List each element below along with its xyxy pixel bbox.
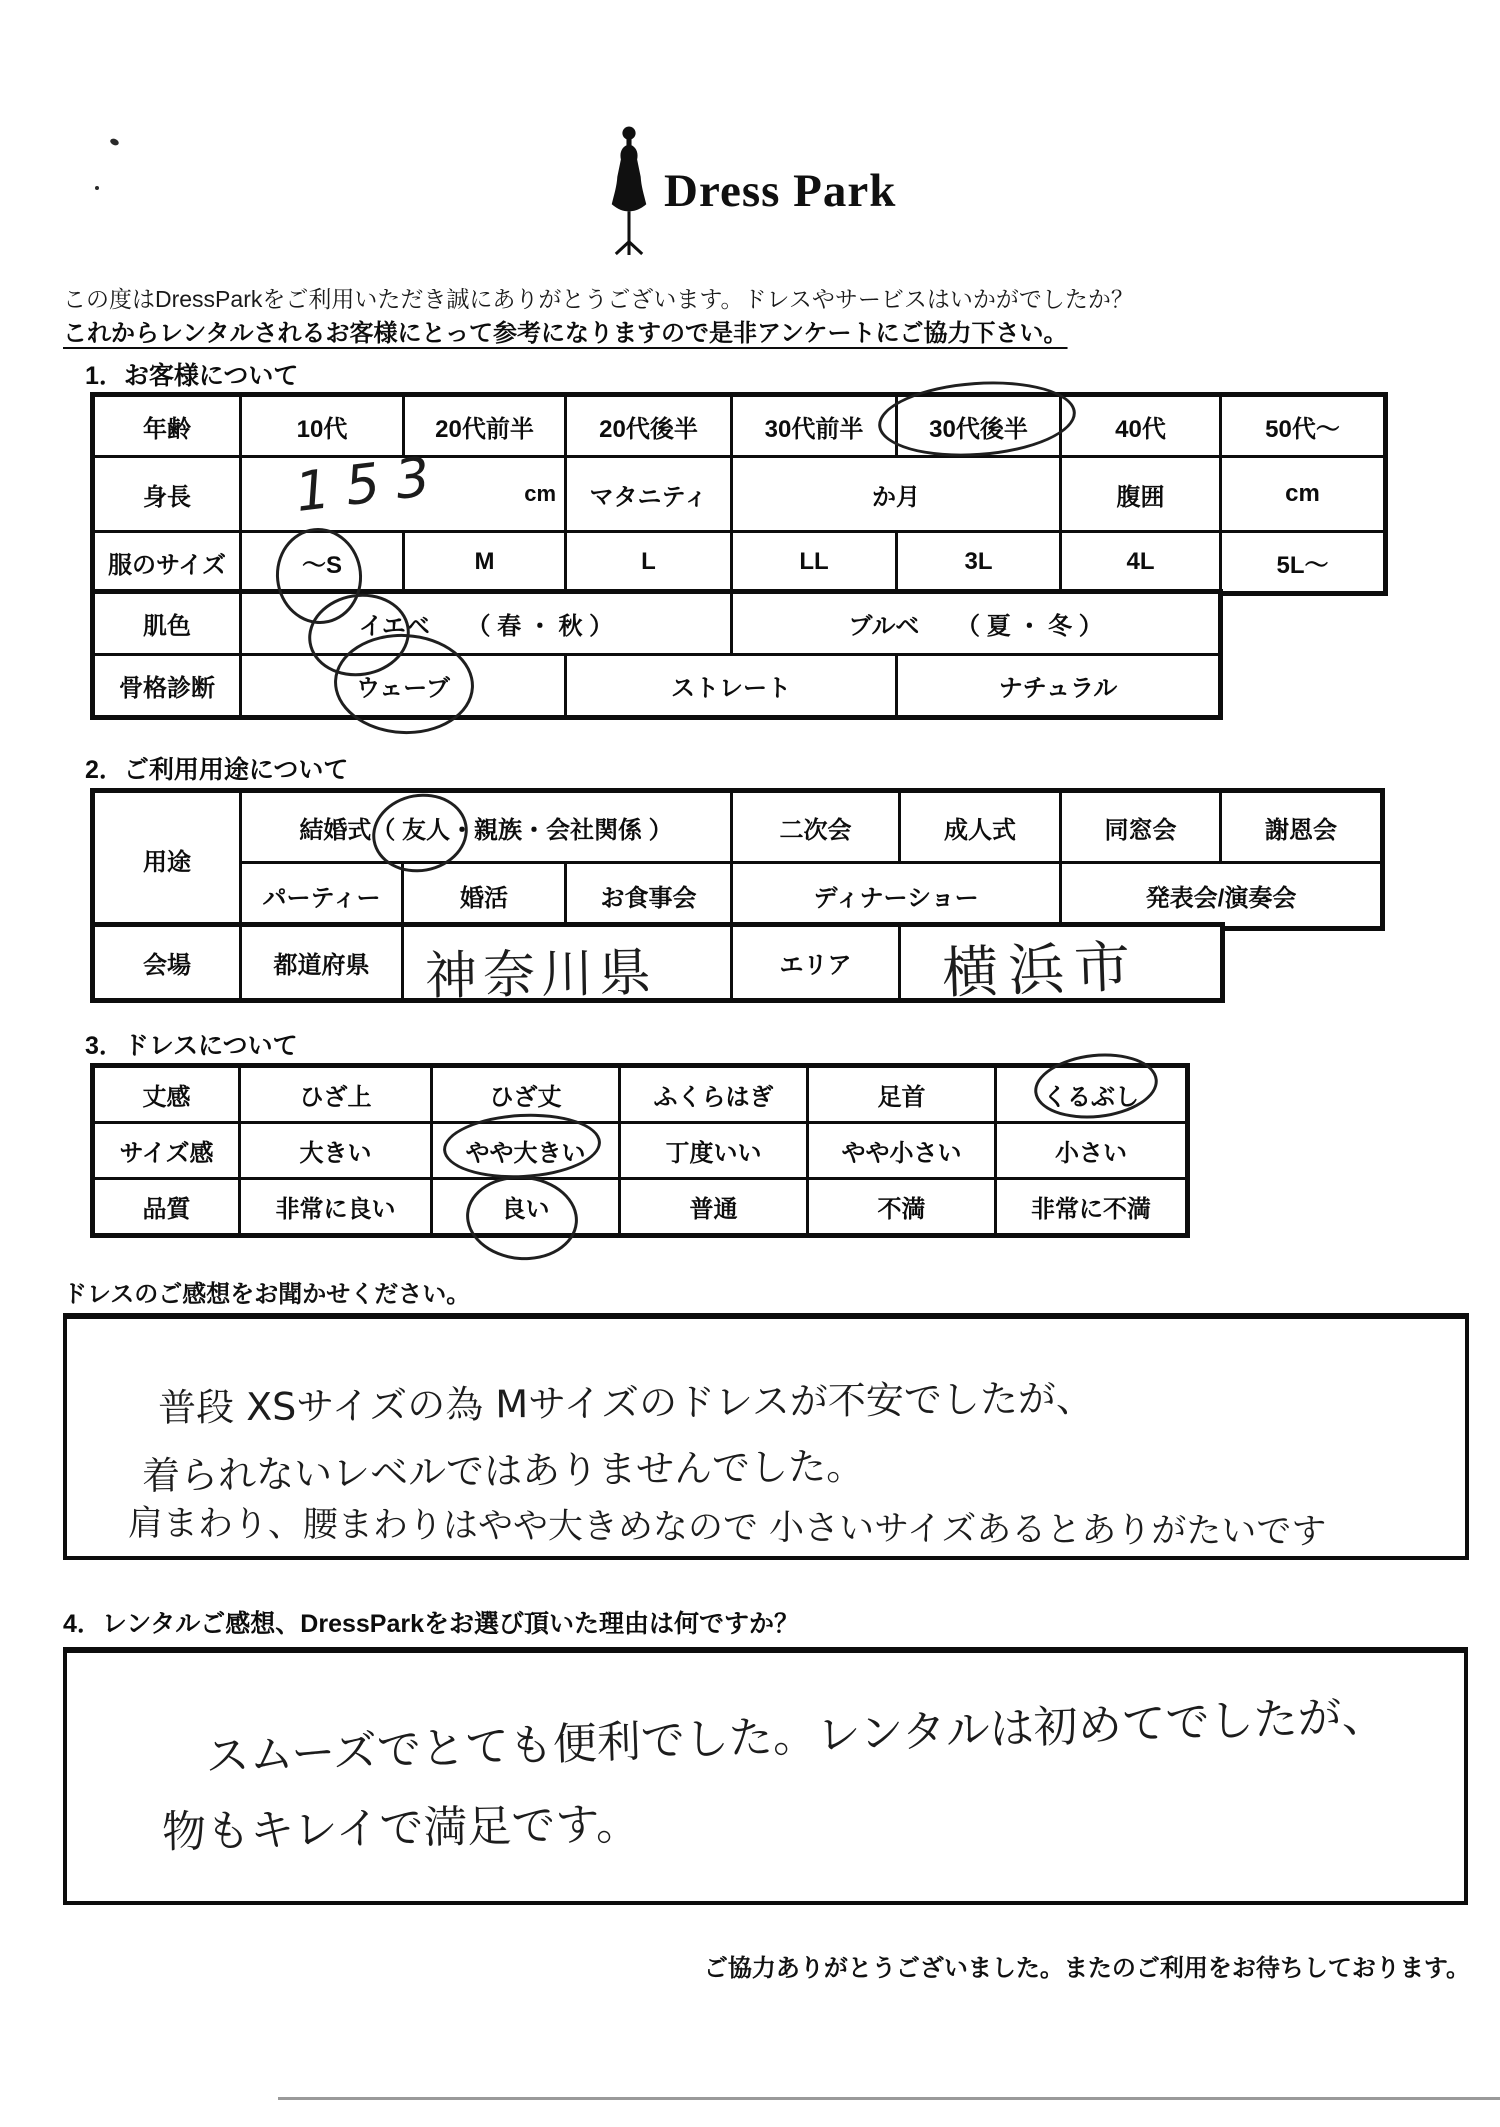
length-option: 足首 bbox=[808, 1066, 996, 1123]
fit-option: やや小さい bbox=[808, 1123, 996, 1179]
handwritten-dress-feedback-line: 着られないレベルではありませんでした。 bbox=[142, 1435, 865, 1500]
quality-label: 品質 bbox=[93, 1179, 240, 1236]
dress-mannequin-icon bbox=[608, 126, 650, 256]
height-unit: cm bbox=[524, 481, 556, 507]
section1-title: 1．お客様について bbox=[85, 356, 298, 392]
section4-title: 4．レンタルご感想、DressParkをお選び頂いた理由は何ですか？ bbox=[63, 1604, 799, 1640]
dress-feedback-prompt: ドレスのご感想をお聞かせください。 bbox=[63, 1274, 470, 1309]
skin-option-blue-seasons: （ 夏 ・ 冬 ） bbox=[956, 613, 1103, 640]
skin-option-blue: ブルベ （ 夏 ・ 冬 ） bbox=[732, 592, 1221, 655]
handwritten-dress-feedback-line: 肩まわり、腰まわりはやや大きめなので 小さいサイズあるとありがたいです bbox=[128, 1496, 1327, 1554]
scan-speck bbox=[109, 137, 120, 146]
size-option: 3L bbox=[897, 532, 1061, 594]
area-label: エリア bbox=[732, 925, 900, 1001]
skin-option-blue-name: ブルベ bbox=[848, 613, 919, 640]
brand-name: Dress Park bbox=[664, 164, 896, 218]
size-option: L bbox=[566, 532, 732, 594]
fit-option: 丁度いい bbox=[620, 1123, 808, 1179]
fit-label: サイズ感 bbox=[93, 1123, 240, 1179]
age-option: 10代 bbox=[241, 395, 404, 457]
handwritten-dress-feedback-line: 普段 XSサイズの為 Mサイズのドレスが不安でしたが、 bbox=[158, 1367, 1094, 1432]
brand-logo: Dress Park bbox=[608, 126, 896, 256]
purpose-option: 婚活 bbox=[403, 863, 566, 929]
usage-table-top: 用途 結婚式（ 友人・親族・会社関係 ） 二次会 成人式 同窓会 謝恩会 パーテ… bbox=[90, 788, 1385, 931]
handwritten-prefecture: 神奈川県 bbox=[424, 930, 657, 1009]
purpose-option: 二次会 bbox=[732, 791, 900, 863]
dress-size-label: 服のサイズ bbox=[93, 532, 241, 594]
quality-option: 不満 bbox=[808, 1179, 996, 1236]
section2-title: 2．ご利用用途について bbox=[85, 750, 348, 786]
purpose-option: 謝恩会 bbox=[1221, 791, 1383, 863]
prefecture-label: 都道府県 bbox=[241, 925, 403, 1001]
purpose-option: お食事会 bbox=[566, 863, 732, 929]
customer-table-bottom: 肌色 イエベ （ 春 ・ 秋 ） ブルベ （ 夏 ・ 冬 ） 骨格診断 ウェーブ… bbox=[90, 589, 1223, 720]
length-option: ひざ上 bbox=[240, 1066, 432, 1123]
waist-unit-cell: cm bbox=[1221, 457, 1386, 532]
handwritten-rental-feedback-line: 物もキレイで満足です。 bbox=[161, 1788, 640, 1860]
maternity-months-cell: か月 bbox=[732, 457, 1061, 532]
intro-line-2: これからレンタルされるお客様にとって参考になりますので是非アンケートにご協力下さ… bbox=[63, 313, 1068, 348]
age-option: 50代～ bbox=[1221, 395, 1386, 457]
venue-label: 会場 bbox=[93, 925, 241, 1001]
purpose-option: 発表会/演奏会 bbox=[1061, 863, 1383, 929]
waist-label: 腹囲 bbox=[1061, 457, 1221, 532]
size-option: 4L bbox=[1061, 532, 1221, 594]
skin-option-yellow-seasons: （ 春 ・ 秋 ） bbox=[467, 613, 614, 640]
quality-option: 普通 bbox=[620, 1179, 808, 1236]
height-label: 身長 bbox=[93, 457, 241, 532]
size-option: M bbox=[404, 532, 566, 594]
age-option: 20代後半 bbox=[566, 395, 732, 457]
wedding-rest: ・親族・会社関係 ） bbox=[450, 817, 673, 844]
scanned-survey-sheet: Dress Park この度はDressParkをご利用いただき誠にありがとうご… bbox=[0, 0, 1500, 2127]
maternity-label: マタニティ bbox=[566, 457, 732, 532]
skin-tone-label: 肌色 bbox=[93, 592, 241, 655]
dress-table: 丈感 ひざ上 ひざ丈 ふくらはぎ 足首 くるぶし サイズ感 大きい やや大きい … bbox=[90, 1063, 1190, 1238]
scan-speck bbox=[95, 186, 99, 190]
age-option: 40代 bbox=[1061, 395, 1221, 457]
length-label: 丈感 bbox=[93, 1066, 240, 1123]
closing-thanks: ご協力ありがとうございました。またのご利用をお待ちしております。 bbox=[704, 1948, 1470, 1983]
purpose-option: ディナーショー bbox=[732, 863, 1061, 929]
intro-line-1: この度はDressParkをご利用いただき誠にありがとうございます。ドレスやサー… bbox=[63, 281, 1134, 314]
purpose-option-wedding: 結婚式（ 友人・親族・会社関係 ） bbox=[241, 791, 732, 863]
quality-option: 非常に不満 bbox=[996, 1179, 1188, 1236]
handwritten-area: 横浜市 bbox=[941, 923, 1142, 1010]
age-label: 年齢 bbox=[93, 395, 241, 457]
purpose-option: 同窓会 bbox=[1061, 791, 1221, 863]
quality-option: 非常に良い bbox=[240, 1179, 432, 1236]
length-option: ふくらはぎ bbox=[620, 1066, 808, 1123]
purpose-option: 成人式 bbox=[900, 791, 1061, 863]
scan-artifact-line bbox=[278, 2097, 1500, 2100]
body-type-option: ストレート bbox=[566, 655, 897, 718]
fit-option: 小さい bbox=[996, 1123, 1188, 1179]
age-option: 30代前半 bbox=[732, 395, 897, 457]
section3-title: 3．ドレスについて bbox=[85, 1026, 298, 1062]
size-option: 5L～ bbox=[1221, 532, 1386, 594]
purpose-option: パーティー bbox=[241, 863, 403, 929]
body-type-option: ナチュラル bbox=[897, 655, 1221, 718]
purpose-label: 用途 bbox=[93, 791, 241, 929]
body-type-label: 骨格診断 bbox=[93, 655, 241, 718]
size-option: LL bbox=[732, 532, 897, 594]
fit-option: 大きい bbox=[240, 1123, 432, 1179]
